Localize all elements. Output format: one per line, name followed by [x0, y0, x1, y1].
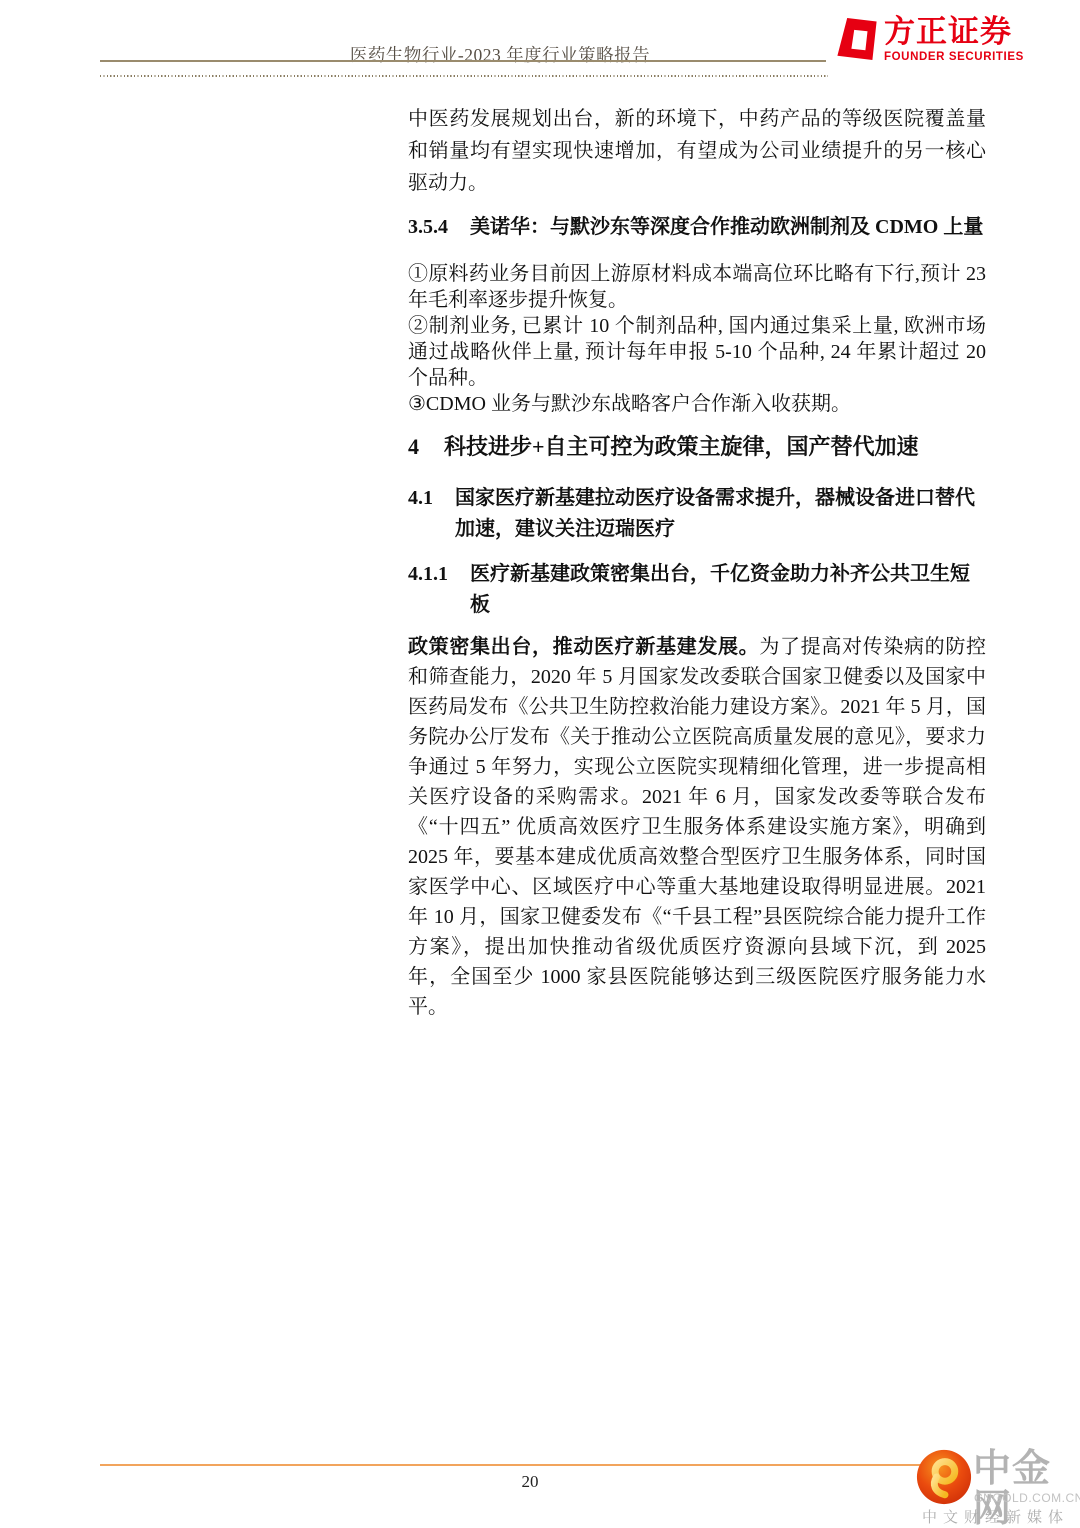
heading-text: 医疗新基建政策密集出台，千亿资金助力补齐公共卫生短板 [470, 559, 986, 621]
brand-name-cn: 方正证券 [884, 16, 1024, 48]
header-rule-line [100, 60, 826, 62]
paragraph-main: 政策密集出台，推动医疗新基建发展。为了提高对传染病的防控和筛查能力，2020 年… [408, 632, 986, 1022]
founder-cube-icon [836, 16, 878, 62]
bullet-paragraphs: ①原料药业务目前因上游原材料成本端高位环比略有下行,预计 23 年毛利率逐步提升… [408, 261, 986, 417]
paragraph-lead-bold: 政策密集出台，推动医疗新基建发展。 [408, 636, 759, 658]
founder-securities-logo: 方正证券 FOUNDER SECURITIES [836, 16, 1024, 63]
heading-text: 美诺华：与默沙东等深度合作推动欧洲制剂及 CDMO 上量 [470, 214, 983, 240]
bullet-item-3: ③CDMO 业务与默沙东战略客户合作渐入收获期。 [408, 391, 986, 417]
content-column: 中医药发展规划出台，新的环境下，中药产品的等级医院覆盖量和销量均有望实现快速增加… [408, 103, 986, 1022]
heading-number: 4 [408, 432, 444, 462]
report-header-title: 医药生物行业-2023 年度行业策略报告 [100, 42, 900, 67]
heading-number: 4.1.1 [408, 559, 470, 621]
heading-number: 4.1 [408, 483, 455, 545]
heading-text: 科技进步+自主可控为政策主旋律，国产替代加速 [444, 432, 919, 462]
report-page: 医药生物行业-2023 年度行业策略报告 方正证券 FOUNDER SECURI… [0, 0, 1080, 1528]
heading-4-1-1: 4.1.1 医疗新基建政策密集出台，千亿资金助力补齐公共卫生短板 [408, 559, 986, 621]
heading-section-4: 4 科技进步+自主可控为政策主旋律，国产替代加速 [408, 432, 986, 462]
page-number: 20 [100, 1472, 960, 1492]
heading-4-1: 4.1 国家医疗新基建拉动医疗设备需求提升，器械设备进口替代加速，建议关注迈瑞医… [408, 483, 986, 545]
heading-text: 国家医疗新基建拉动医疗设备需求提升，器械设备进口替代加速，建议关注迈瑞医疗 [455, 483, 986, 545]
header-dotted-line [100, 75, 828, 77]
bullet-item-1: ①原料药业务目前因上游原材料成本端高位环比略有下行,预计 23 年毛利率逐步提升… [408, 261, 986, 313]
cngold-logo-icon [916, 1449, 972, 1505]
footer-rule-line [100, 1464, 922, 1466]
heading-3-5-4: 3.5.4 美诺华：与默沙东等深度合作推动欧洲制剂及 CDMO 上量 [408, 214, 986, 240]
heading-number: 3.5.4 [408, 214, 470, 240]
brand-name-en: FOUNDER SECURITIES [884, 51, 1024, 63]
paragraph-body-text: 为了提高对传染病的防控和筛查能力，2020 年 5 月国家发改委联合国家卫健委以… [408, 636, 986, 1018]
paragraph-intro: 中医药发展规划出台，新的环境下，中药产品的等级医院覆盖量和销量均有望实现快速增加… [408, 103, 986, 199]
watermark-tagline: 中文财经新媒体 [922, 1506, 1069, 1527]
bullet-item-2: ②制剂业务, 已累计 10 个制剂品种, 国内通过集采上量, 欧洲市场通过战略伙… [408, 313, 986, 391]
watermark-domain: CNGOLD.COM.CN [974, 1491, 1080, 1505]
